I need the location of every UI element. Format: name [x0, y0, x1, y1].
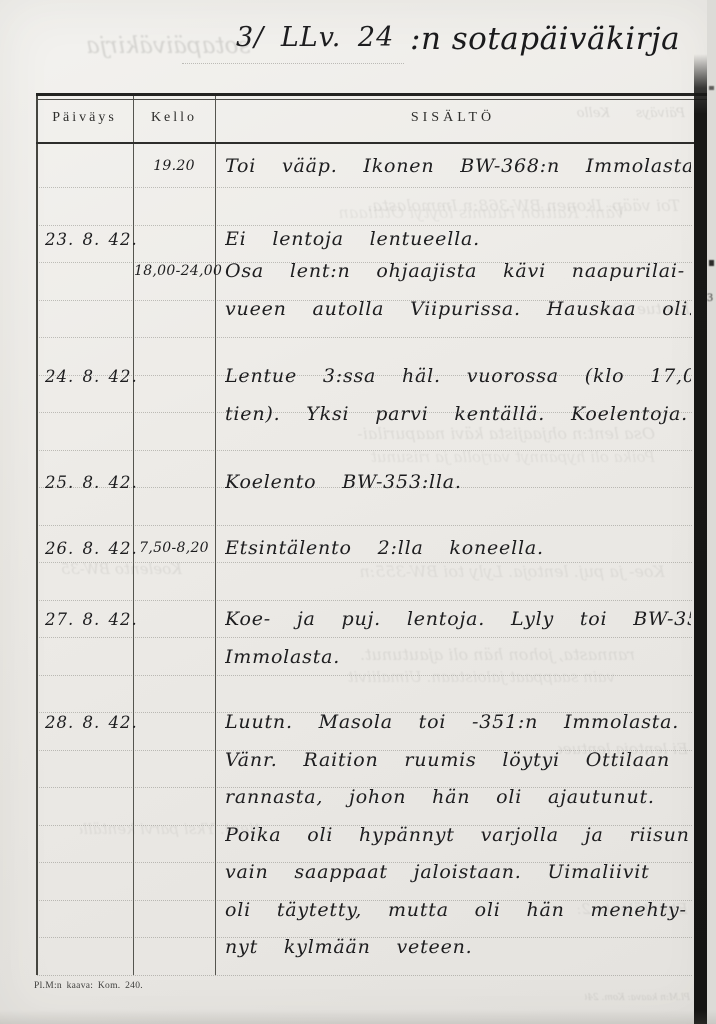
entry-content-line: vain saappaat jaloistaan. Uimaliivit — [225, 854, 691, 892]
table-top-border — [36, 93, 716, 96]
entry-content-line: nyt kylmään veteen. — [225, 929, 691, 967]
entry-date: 23. 8. 42. — [45, 221, 138, 259]
entry-content-line: Luutn. Masola toi -351:n Immolasta. — [225, 704, 691, 742]
entry-content-line: vueen autolla Viipurissa. Hauskaa oli. — [225, 291, 691, 329]
entry-content-line: Osa lent:n ohjaajista kävi naapurilai- — [225, 253, 691, 291]
entry-content: Toi vääp. Ikonen BW-368:n Immolasta. — [225, 148, 691, 186]
column-divider-time-content — [215, 96, 216, 975]
war-diary-page: Toi vääp. Ikonen BW-368:n Immolasta.Vänr… — [0, 0, 716, 1024]
ruled-line — [37, 975, 692, 976]
entry-date: 24. 8. 42. — [45, 358, 138, 396]
ruled-line — [37, 187, 692, 188]
entry-time: 19.20 — [134, 148, 214, 186]
entry-date: 27. 8. 42. — [45, 601, 138, 639]
entry-content: Osa lent:n ohjaajista kävi naapurilai-vu… — [225, 253, 691, 328]
entry-content-line: Etsintälento 2:lla koneella. — [225, 530, 691, 568]
column-header-content: SISÄLTÖ — [215, 110, 691, 126]
entry-date: 28. 8. 42. — [45, 704, 138, 742]
entry-content-line: tien). Yksi parvi kentällä. Koelentoja. — [225, 396, 691, 434]
entry-content-line: Koe- ja puj. lentoja. Lyly toi BW-355:n — [225, 601, 691, 639]
edge-ink-mark — [709, 86, 714, 90]
entry-date: 25. 8. 42. — [45, 464, 138, 502]
entry-date: 26. 8. 42. — [45, 530, 138, 568]
table-top-border-thin — [36, 99, 716, 100]
entry-content-line: Poika oli hypännyt varjolla ja riisunut — [225, 817, 691, 855]
entry-content-line: Toi vääp. Ikonen BW-368:n Immolasta. — [225, 148, 691, 186]
bleedthrough-title: sotapäiväkirja — [86, 33, 250, 59]
bottom-edge-shade — [0, 1010, 716, 1024]
entry-content-line: rannasta, johon hän oli ajautunut. — [225, 779, 691, 817]
entry-content: Lentue 3:ssa häl. vuorossa (klo 17,00 lä… — [225, 358, 691, 433]
column-header-time: Kello — [133, 110, 215, 126]
entry-content: Etsintälento 2:lla koneella. — [225, 530, 691, 568]
unit-designation-handwritten: 3/ LLv. 24 — [236, 22, 394, 53]
entry-time: 7,50-8,20 — [134, 530, 214, 568]
table-header-separator — [36, 142, 716, 144]
entry-content-line: Immolasta. — [225, 639, 691, 677]
entry-content: Koelento BW-353:lla. — [225, 464, 691, 502]
column-header-date: Päiväys — [36, 110, 133, 126]
ruled-line — [37, 450, 692, 451]
edge-ink-mark — [709, 260, 714, 266]
entry-time: 18,00-24,00 — [134, 253, 214, 291]
entry-content-line: Koelento BW-353:lla. — [225, 464, 691, 502]
bleedthrough-text: Pl.M:n kaava: Kom. 240. — [585, 993, 690, 1003]
next-page-edge: 3 — [707, 0, 716, 1024]
bleedthrough-text: Vänr. Raition ruumis löytyi Ottilaan — [70, 203, 625, 222]
entry-content-line: oli täytetty, mutta oli hän menehty- — [225, 892, 691, 930]
form-code-imprint: Pl.M:n kaava: Kom. 240. — [34, 981, 143, 991]
form-fill-line — [182, 63, 404, 64]
table-left-border — [36, 96, 38, 975]
entry-content-line: Vänr. Raition ruumis löytyi Ottilaan — [225, 742, 691, 780]
next-page-number: 3 — [707, 290, 713, 305]
page-gutter-shadow — [694, 54, 707, 1024]
entry-content-line: Lentue 3:ssa häl. vuorossa (klo 17,00 lä… — [225, 358, 691, 396]
page-title: :n sotapäiväkirja — [410, 21, 680, 57]
ruled-line — [37, 525, 692, 526]
entry-content: Luutn. Masola toi -351:n Immolasta.Vänr.… — [225, 704, 691, 967]
ruled-line — [37, 337, 692, 338]
entry-content: Koe- ja puj. lentoja. Lyly toi BW-355:nI… — [225, 601, 691, 676]
